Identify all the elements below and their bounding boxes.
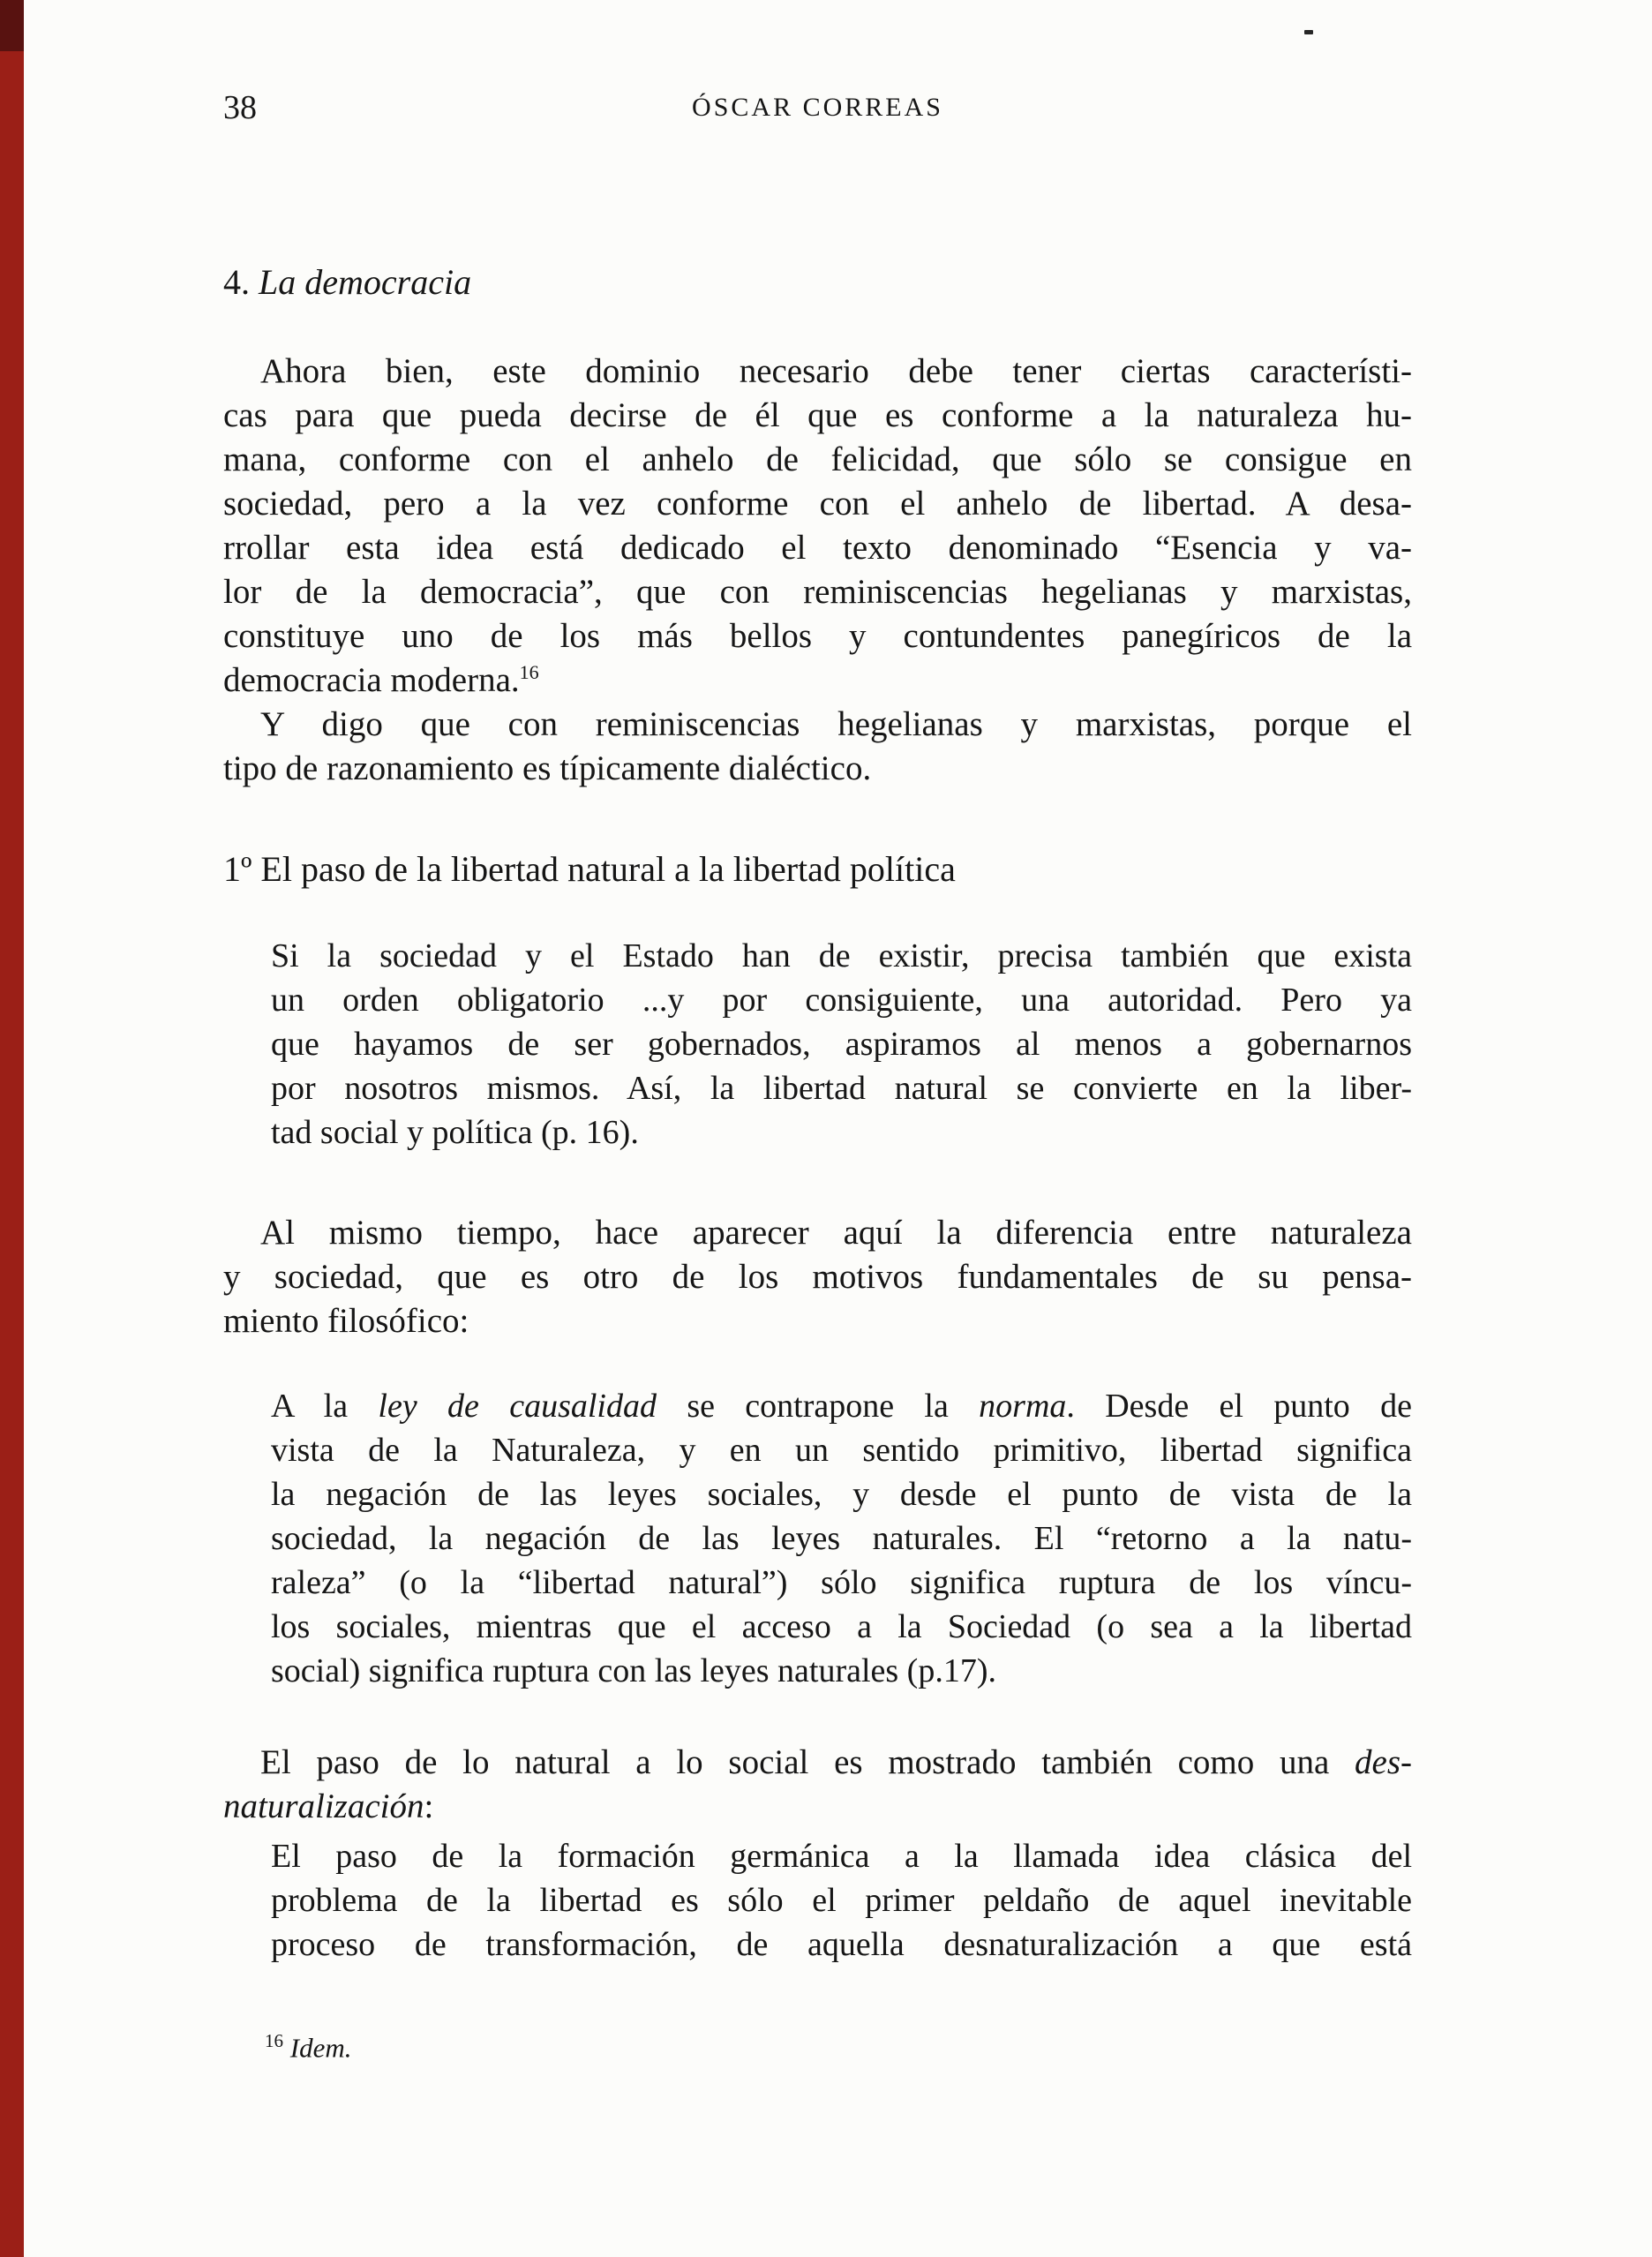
text-segment: se contrapone la — [657, 1388, 979, 1425]
text-line: social) significa ruptura con las leyes … — [271, 1649, 1412, 1693]
text-line: la negación de las leyes sociales, y des… — [271, 1472, 1412, 1516]
page-content: 38 ÓSCAR CORREAS 4. La democracia Ahora … — [223, 0, 1412, 2065]
text-line: mana, conforme con el anhelo de felicida… — [223, 438, 1412, 482]
text-segment: El paso de lo natural a lo social es mos… — [260, 1743, 1355, 1781]
paragraph-2: Y digo que con reminiscencias hegelianas… — [223, 703, 1412, 791]
text-line: vista de la Naturaleza, y en un sentido … — [271, 1428, 1412, 1472]
text-line: Al mismo tiempo, hace aparecer aquí la d… — [223, 1211, 1412, 1255]
text-line: Y digo que con reminiscencias hegelianas… — [223, 703, 1412, 747]
paragraph-3: Al mismo tiempo, hace aparecer aquí la d… — [223, 1211, 1412, 1343]
text-line: lor de la democracia”, que con reminisce… — [223, 570, 1412, 614]
section-heading: 4. La democracia — [223, 260, 1412, 305]
text-line: constituye uno de los más bellos y contu… — [223, 614, 1412, 658]
footnote-number: 16 — [265, 2030, 283, 2051]
section-title: La democracia — [259, 262, 471, 302]
text-line: por nosotros mismos. Así, la libertad na… — [271, 1066, 1412, 1110]
text-segment: A la — [271, 1388, 378, 1425]
text-line: un orden obligatorio ...y por consiguien… — [271, 978, 1412, 1022]
section-number: 4. — [223, 262, 250, 302]
running-header: ÓSCAR CORREAS — [223, 88, 1412, 127]
text-line: y sociedad, que es otro de los motivos f… — [223, 1255, 1412, 1299]
text-line: cas para que pueda decirse de él que es … — [223, 394, 1412, 438]
text-segment: . Desde el punto de — [1066, 1388, 1412, 1425]
text-line: problema de la libertad es sólo el prime… — [271, 1878, 1412, 1922]
text-line: rrollar esta idea está dedicado el texto… — [223, 526, 1412, 570]
text-segment: : — [424, 1787, 434, 1825]
text-line: Si la sociedad y el Estado han de existi… — [271, 934, 1412, 978]
text-line: El paso de lo natural a lo social es mos… — [223, 1741, 1412, 1785]
text-line: El paso de la formación germánica a la l… — [271, 1834, 1412, 1878]
text-segment: democracia moderna. — [223, 661, 520, 699]
text-line: A la ley de causalidad se contrapone la … — [271, 1384, 1412, 1428]
text-segment-italic: naturalización — [223, 1787, 424, 1825]
text-line: que hayamos de ser gobernados, aspiramos… — [271, 1022, 1412, 1066]
paragraph-4: El paso de lo natural a lo social es mos… — [223, 1741, 1412, 1829]
text-line: los sociales, mientras que el acceso a l… — [271, 1605, 1412, 1649]
text-segment-italic: des- — [1355, 1743, 1412, 1781]
blockquote-1: Si la sociedad y el Estado han de existi… — [271, 934, 1412, 1155]
page-header: 38 ÓSCAR CORREAS — [223, 88, 1412, 127]
footnote-reference: 16 — [520, 661, 539, 683]
text-line: raleza” (o la “libertad natural”) sólo s… — [271, 1561, 1412, 1605]
scan-edge-strip — [0, 0, 24, 2257]
footnote-text: Idem. — [290, 2032, 352, 2063]
text-line: tad social y política (p. 16). — [271, 1110, 1412, 1155]
text-line: Ahora bien, este dominio necesario debe … — [223, 350, 1412, 394]
text-line: tipo de razonamiento es típicamente dial… — [223, 747, 1412, 791]
text-line: sociedad, pero a la vez conforme con el … — [223, 482, 1412, 526]
footnote: 16 Idem. — [265, 2023, 1412, 2065]
subsection-heading: 1º El paso de la libertad natural a la l… — [223, 847, 1412, 892]
text-line: naturalización: — [223, 1785, 1412, 1829]
text-segment-italic: ley de causalidad — [378, 1388, 657, 1425]
blockquote-3: El paso de la formación germánica a la l… — [271, 1834, 1412, 1967]
text-line: democracia moderna.16 — [223, 658, 1412, 703]
text-line: proceso de transformación, de aquella de… — [271, 1922, 1412, 1967]
text-line: miento filosófico: — [223, 1299, 1412, 1343]
text-segment-italic: norma — [979, 1388, 1066, 1425]
blockquote-2: A la ley de causalidad se contrapone la … — [271, 1384, 1412, 1693]
scan-edge-strip-top — [0, 0, 24, 51]
text-line: sociedad, la negación de las leyes natur… — [271, 1516, 1412, 1561]
scanned-book-page: 38 ÓSCAR CORREAS 4. La democracia Ahora … — [0, 0, 1652, 2257]
paragraph-1: Ahora bien, este dominio necesario debe … — [223, 350, 1412, 703]
